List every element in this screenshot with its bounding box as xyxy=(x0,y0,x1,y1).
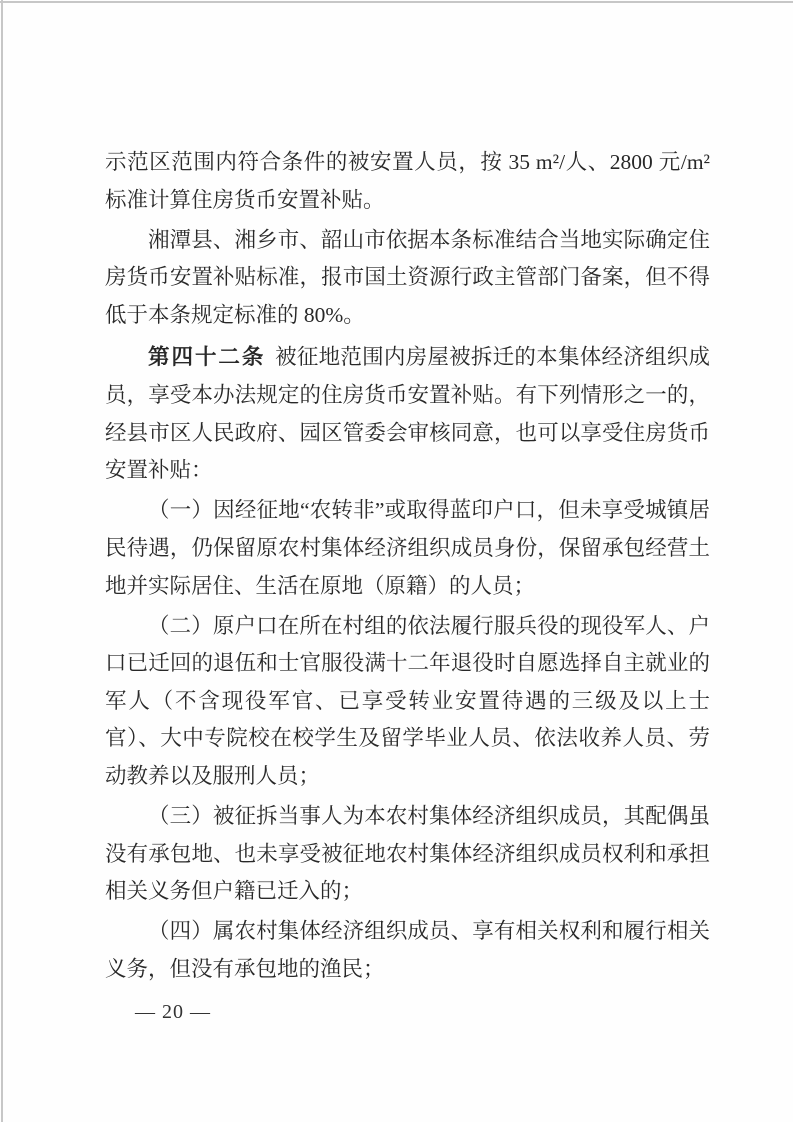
paragraph-item-3: （三）被征拆当事人为本农村集体经济组织成员，其配偶虽没有承包地、也未享受被征地农… xyxy=(105,798,710,911)
page-edge-top-line xyxy=(0,1,793,3)
paragraph-clause-42: 第四十二条被征地范围内房屋被拆迁的本集体经济组织成员，享受本办法规定的住房货币安… xyxy=(105,339,710,489)
paragraph-county-standards: 湘潭县、湘乡市、韶山市依据本条标准结合当地实际确定住房货币安置补贴标准，报市国土… xyxy=(105,222,710,335)
paragraph-item-2: （二）原户口在所在村组的依法履行服兵役的现役军人、户口已迁回的退伍和士官服役满十… xyxy=(105,608,710,796)
page-edge-left-line xyxy=(1,0,3,1122)
paragraph-item-1: （一）因经征地“农转非”或取得蓝印户口，但未享受城镇居民待遇，仍保留原农村集体经… xyxy=(105,492,710,605)
page-number: — 20 — xyxy=(135,998,211,1026)
clause-42-label: 第四十二条 xyxy=(148,345,265,369)
document-body: 示范区范围内符合条件的被安置人员，按 35 m²/人、2800 元/m²标准计算… xyxy=(105,144,710,989)
document-page: 示范区范围内符合条件的被安置人员，按 35 m²/人、2800 元/m²标准计算… xyxy=(0,0,793,1122)
paragraph-item-4: （四）属农村集体经济组织成员、享有相关权利和履行相关义务，但没有承包地的渔民； xyxy=(105,913,710,988)
paragraph-continuation-housing-subsidy-standard: 示范区范围内符合条件的被安置人员，按 35 m²/人、2800 元/m²标准计算… xyxy=(105,144,710,219)
